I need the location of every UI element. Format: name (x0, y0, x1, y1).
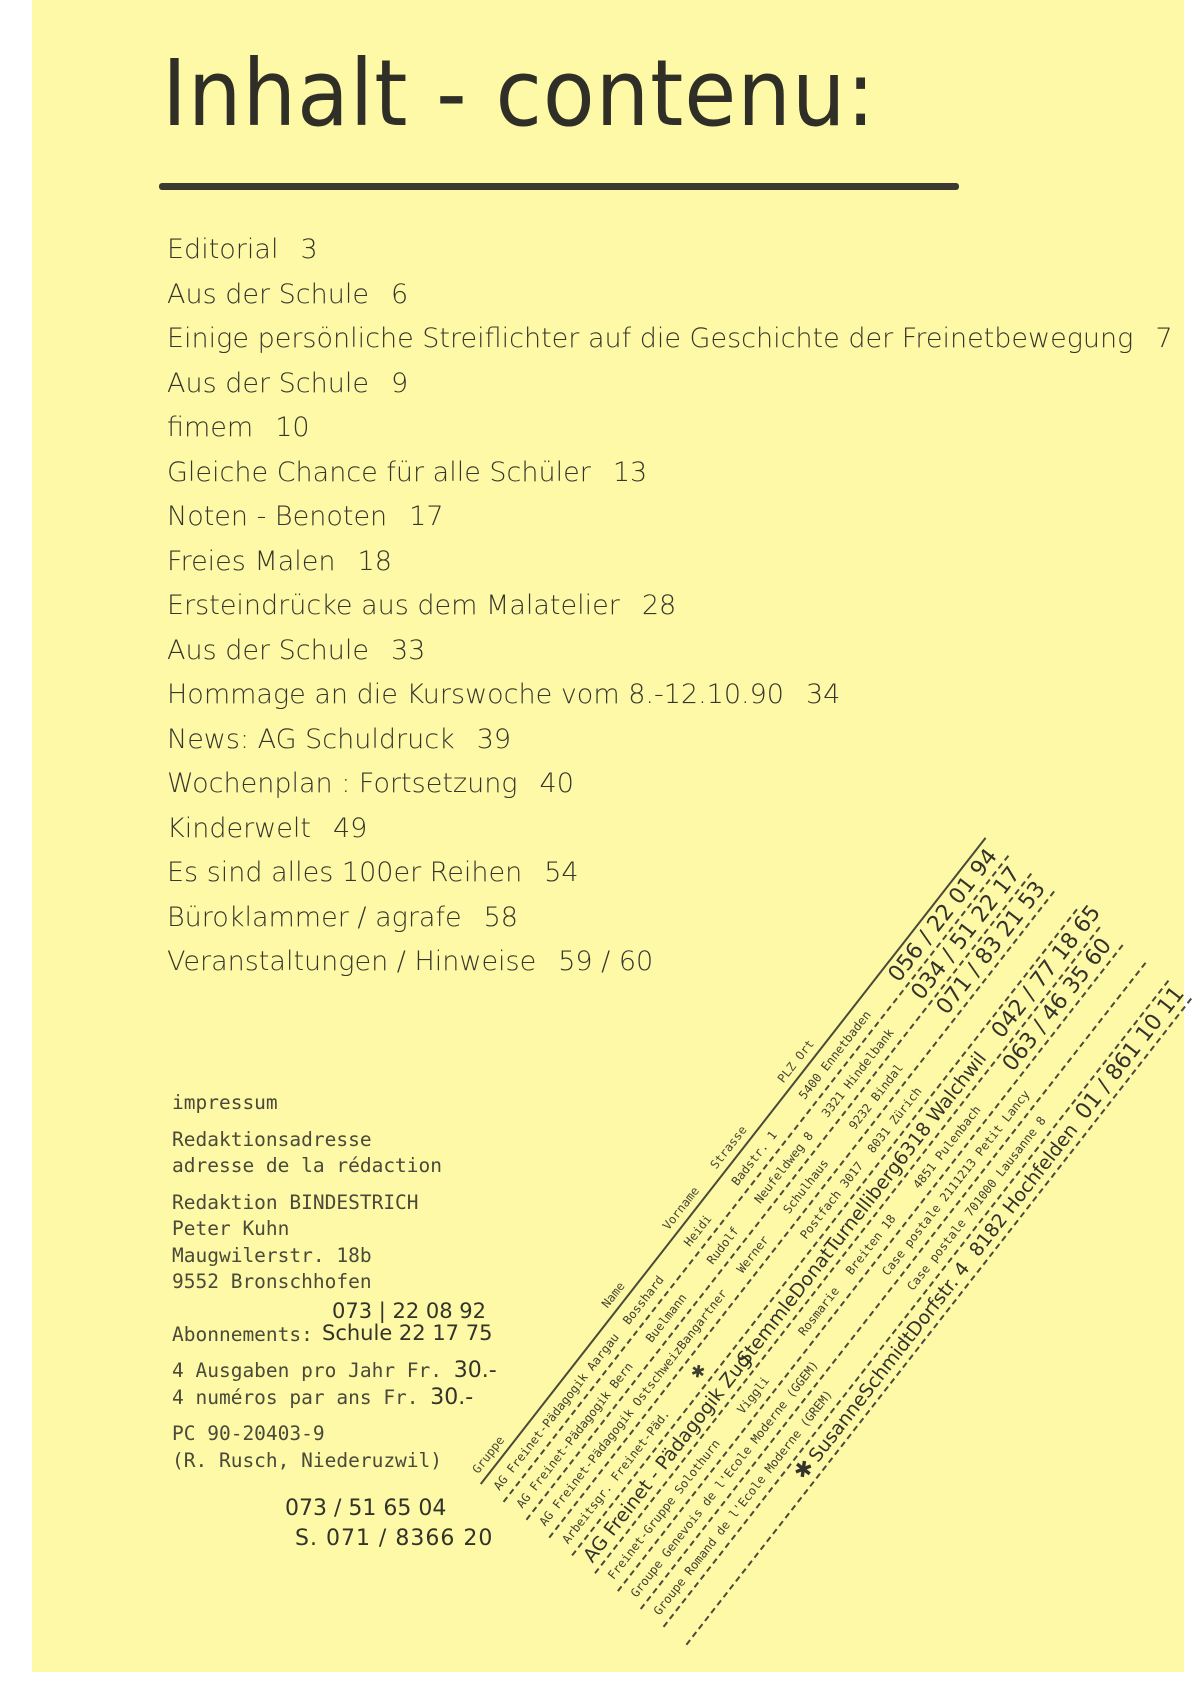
editorial-address: Redaktion BINDESTRICH Peter Kuhn Maugwil… (172, 1190, 497, 1296)
toc-entry-page: 18 (358, 546, 392, 577)
toc-entry-page: 28 (642, 590, 676, 621)
toc-entry: Ersteindrücke aus dem Malatelier28 (167, 584, 1173, 629)
toc-entry-title: Aus der Schule (167, 279, 369, 310)
toc-entry-title: Wochenplan : Fortsetzung (167, 768, 518, 799)
toc-entry-page: 13 (613, 457, 647, 488)
toc-entry-title: Editorial (167, 234, 278, 265)
toc-entry-page: 6 (391, 279, 408, 310)
toc-entry-page: 9 (391, 368, 408, 399)
toc-entry-page: 49 (333, 813, 367, 844)
toc-entry-title: fimem (167, 412, 253, 443)
toc-entry-page: 59 / 60 (558, 946, 653, 977)
toc-entry: Kinderwelt49 (167, 807, 1173, 852)
handwritten-phones: 073 / 51 65 04 S. 071 / 8366 20 (285, 1494, 493, 1554)
toc-entry-page: 39 (477, 724, 511, 755)
toc-entry-page: 7 (1155, 323, 1172, 354)
toc-entry-page: 10 (275, 412, 309, 443)
toc-entry: Aus der Schule6 (167, 273, 1173, 318)
toc-entry: fimem10 (167, 406, 1173, 451)
impressum: impressum Redaktionsadresse adresse de l… (172, 1090, 497, 1484)
toc-entry-title: Hommage an die Kurswoche vom 8.-12.10.90 (167, 679, 784, 710)
toc-entry-title: Kinderwelt (167, 813, 311, 844)
toc-entry-page: 34 (806, 679, 840, 710)
pricing: 4 Ausgaben pro Jahr Fr. 30.- 4 numéros p… (172, 1358, 497, 1411)
toc-entry-page: 58 (484, 902, 518, 933)
toc-entry-title: Veranstaltungen / Hinweise (167, 946, 536, 977)
toc-entry-page: 17 (409, 501, 443, 532)
toc-entry: Freies Malen18 (167, 540, 1173, 585)
impressum-heading: impressum (172, 1090, 497, 1117)
page-title: Inhalt - contenu: (162, 40, 876, 147)
title-underline (159, 183, 959, 190)
toc-entry: Noten - Benoten17 (167, 495, 1173, 540)
toc-entry: Aus der Schule9 (167, 362, 1173, 407)
toc-entry-title: Büroklammer / agrafe (167, 902, 462, 933)
editorial-address-label: Redaktionsadresse adresse de la rédactio… (172, 1127, 497, 1180)
toc-entry: Editorial3 (167, 228, 1173, 273)
price-de: 30.- (454, 1358, 497, 1383)
toc-entry-title: Ersteindrücke aus dem Malatelier (167, 590, 620, 621)
price-fr: 30.- (430, 1385, 473, 1410)
toc-entry-title: News: AG Schuldruck (167, 724, 455, 755)
toc-entry-title: Aus der Schule (167, 635, 369, 666)
toc-entry-title: Einige persönliche Streiflichter auf die… (167, 323, 1133, 354)
postal-account: PC 90-20403-9 (R. Rusch, Niederuzwil) (172, 1421, 497, 1474)
toc-entry-title: Aus der Schule (167, 368, 369, 399)
subscriptions: Abonnements: 073 | 22 08 92 Schule 22 17… (172, 1322, 497, 1349)
toc-entry: Aus der Schule33 (167, 629, 1173, 674)
toc-entry: Einige persönliche Streiflichter auf die… (167, 317, 1173, 362)
toc-entry-page: 54 (544, 857, 578, 888)
toc-entry-title: Es sind alles 100er Reihen (167, 857, 522, 888)
document-page: Inhalt - contenu: Editorial3Aus der Schu… (32, 0, 1184, 1672)
toc-entry-title: Noten - Benoten (167, 501, 387, 532)
subscription-phones: 073 | 22 08 92 Schule 22 17 75 (322, 1300, 492, 1344)
toc-entry-page: 40 (540, 768, 574, 799)
toc-entry: Gleiche Chance für alle Schüler13 (167, 451, 1173, 496)
toc-entry-page: 3 (300, 234, 317, 265)
toc-entry: Wochenplan : Fortsetzung40 (167, 762, 1173, 807)
toc-entry-title: Gleiche Chance für alle Schüler (167, 457, 591, 488)
toc-entry-title: Freies Malen (167, 546, 336, 577)
toc-entry: News: AG Schuldruck39 (167, 718, 1173, 763)
toc-entry: Hommage an die Kurswoche vom 8.-12.10.90… (167, 673, 1173, 718)
toc-entry-page: 33 (391, 635, 425, 666)
